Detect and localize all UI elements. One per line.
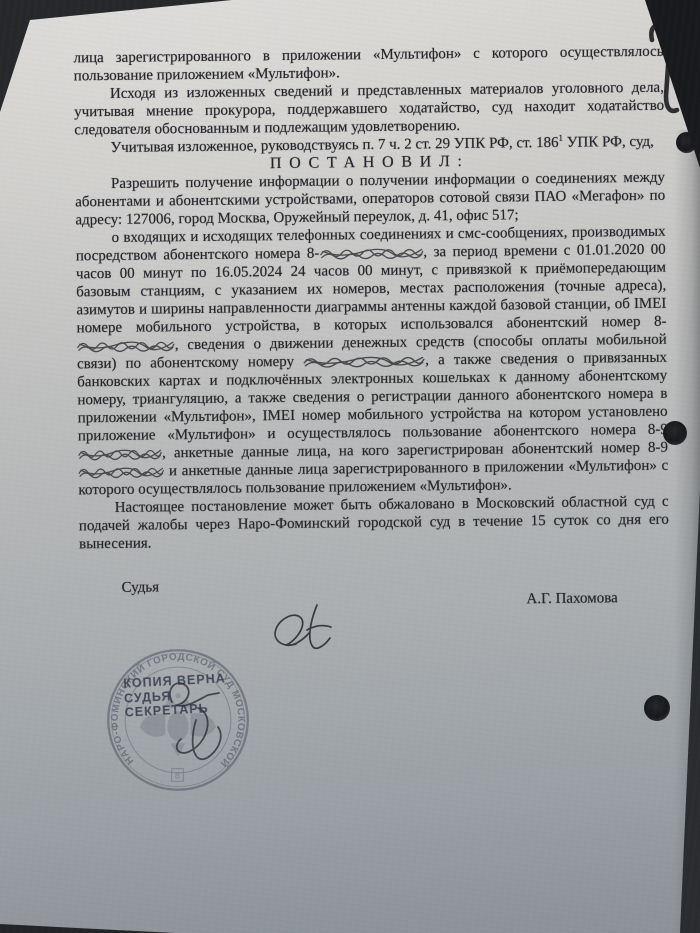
judge-label: Судья bbox=[121, 578, 159, 596]
judge-signature-icon bbox=[262, 600, 354, 660]
redaction-scribble bbox=[303, 353, 425, 368]
hole-punch-dot bbox=[644, 695, 670, 721]
redaction-scribble bbox=[319, 245, 423, 260]
court-order-text: лица зарегистрированного в приложении «М… bbox=[73, 43, 669, 614]
hole-punch-dot bbox=[663, 421, 687, 445]
paragraph-resolution-2: о входящих и исходящих телефонных соедин… bbox=[76, 223, 669, 500]
legal-basis-tail: УПК РФ, суд, bbox=[563, 134, 654, 151]
signature-row: Судья А.Г. Пахомова bbox=[79, 573, 669, 614]
clerk-signatures-icon bbox=[162, 676, 254, 780]
photo-of-court-order: { "document": { "paragraph_intro": "лица… bbox=[0, 0, 700, 933]
paragraph-resolution-1: Разрешить получение информации о получен… bbox=[75, 169, 666, 230]
hole-punch-dot bbox=[676, 132, 697, 153]
redaction-scribble bbox=[78, 446, 162, 461]
paragraph-appeal: Настоящее постановление может быть обжал… bbox=[79, 493, 670, 554]
redaction-scribble bbox=[78, 464, 164, 479]
redaction-scribble bbox=[77, 338, 175, 353]
judge-name: А.Г. Пахомова bbox=[526, 573, 618, 608]
resolution-2-text: и анкетные данные лица зарегистрированно… bbox=[78, 458, 668, 499]
paragraph-motives: Исходя из изложенных сведений и представ… bbox=[74, 79, 665, 140]
